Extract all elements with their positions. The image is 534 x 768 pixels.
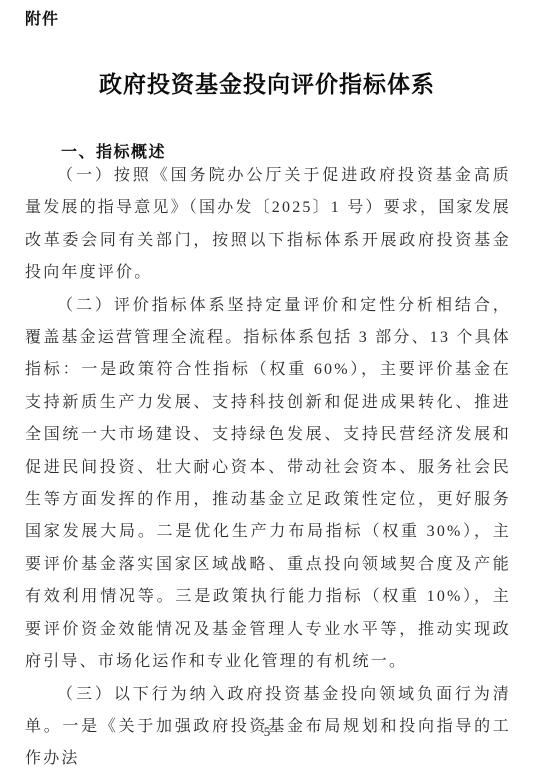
document-title: 政府投资基金投向评价指标体系 <box>0 66 534 99</box>
document-page: 附件 政府投资基金投向评价指标体系 一、指标概述 （一）按照《国务院办公厅关于促… <box>0 0 534 768</box>
section-heading: 一、指标概述 <box>61 139 166 162</box>
attachment-label: 附件 <box>25 6 59 29</box>
paragraph-1: （一）按照《国务院办公厅关于促进政府投资基金高质量发展的指导意见》（国办发〔20… <box>25 160 511 290</box>
body-text: （一）按照《国务院办公厅关于促进政府投资基金高质量发展的指导意见》（国办发〔20… <box>25 160 511 768</box>
paragraph-2: （二）评价指标体系坚持定量评价和定性分析相结合，覆盖基金运营管理全流程。指标体系… <box>25 290 511 679</box>
page-number: 5 <box>0 724 534 740</box>
